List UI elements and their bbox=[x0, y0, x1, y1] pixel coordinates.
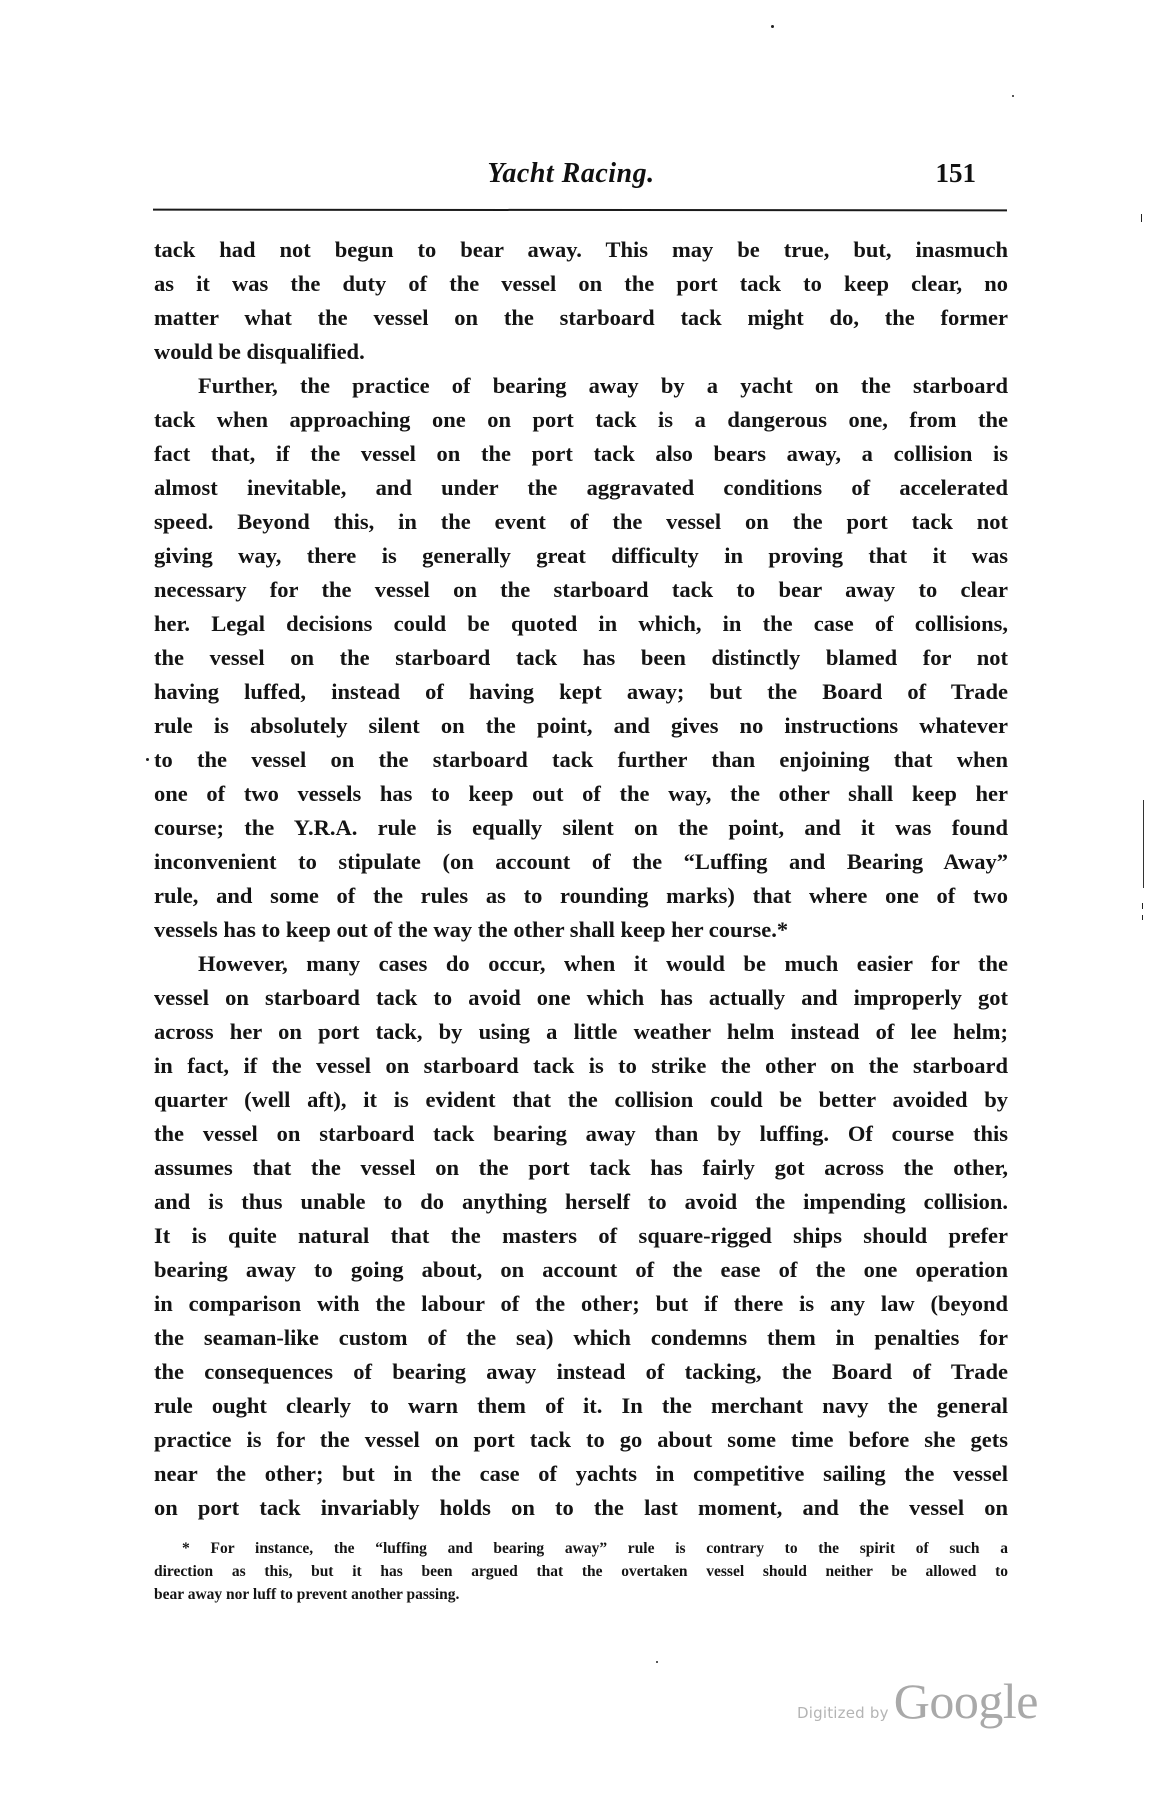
book-page: Yacht Racing. 151 tack had not begun to … bbox=[0, 0, 1153, 1800]
body-line: the vessel on starboard tack bearing awa… bbox=[154, 1117, 1008, 1151]
body-line: in comparison with the labour of the oth… bbox=[154, 1287, 1008, 1321]
body-line: the seaman-like custom of the sea) which… bbox=[154, 1321, 1008, 1355]
body-line: inconvenient to stipulate (on account of… bbox=[154, 845, 1008, 879]
body-line: assumes that the vessel on the port tack… bbox=[154, 1151, 1008, 1185]
body-line: one of two vessels has to keep out of th… bbox=[154, 777, 1008, 811]
body-line: matter what the vessel on the starboard … bbox=[154, 301, 1008, 335]
scan-speck bbox=[1141, 214, 1142, 222]
body-line: as it was the duty of the vessel on the … bbox=[154, 267, 1008, 301]
body-line: in fact, if the vessel on starboard tack… bbox=[154, 1049, 1008, 1083]
scan-speck bbox=[1142, 915, 1143, 920]
body-line: rule is absolutely silent on the point, … bbox=[154, 709, 1008, 743]
body-line: on port tack invariably holds on to the … bbox=[154, 1491, 1008, 1525]
body-line: her. Legal decisions could be quoted in … bbox=[154, 607, 1008, 641]
digitized-by-google-watermark: Digitized by Google bbox=[797, 1672, 1038, 1732]
google-logo-text: Google bbox=[894, 1673, 1038, 1729]
body-line: across her on port tack, by using a litt… bbox=[154, 1015, 1008, 1049]
body-line: and is thus unable to do anything hersel… bbox=[154, 1185, 1008, 1219]
body-line: near the other; but in the case of yacht… bbox=[154, 1457, 1008, 1491]
body-line: the consequences of bearing away instead… bbox=[154, 1355, 1008, 1389]
scan-speck bbox=[1012, 95, 1014, 97]
body-line: speed. Beyond this, in the event of the … bbox=[154, 505, 1008, 539]
body-line: course; the Y.R.A. rule is equally silen… bbox=[154, 811, 1008, 845]
body-line: giving way, there is generally great dif… bbox=[154, 539, 1008, 573]
body-line: fact that, if the vessel on the port tac… bbox=[154, 437, 1008, 471]
body-line: practice is for the vessel on port tack … bbox=[154, 1423, 1008, 1457]
footnote-line: bear away nor luff to prevent another pa… bbox=[154, 1583, 1008, 1606]
body-line: bearing away to going about, on account … bbox=[154, 1253, 1008, 1287]
running-head: Yacht Racing. 151 bbox=[154, 158, 1008, 198]
running-title: Yacht Racing. bbox=[144, 158, 998, 190]
body-line: It is quite natural that the masters of … bbox=[154, 1219, 1008, 1253]
page-number: 151 bbox=[936, 158, 977, 189]
scan-edge-mark bbox=[1143, 800, 1144, 888]
scan-speck bbox=[656, 1661, 658, 1663]
body-line: quarter (well aft), it is evident that t… bbox=[154, 1083, 1008, 1117]
watermark-prefix: Digitized by bbox=[797, 1704, 889, 1722]
footnote-line: direction as this, but it has been argue… bbox=[154, 1560, 1008, 1583]
footnote-line: * For instance, the “luffing and bearing… bbox=[154, 1537, 1008, 1560]
body-line: tack had not begun to bear away. This ma… bbox=[154, 233, 1008, 267]
scan-speck bbox=[146, 758, 149, 761]
body-line: having luffed, instead of having kept aw… bbox=[154, 675, 1008, 709]
body-line: would be disqualified. bbox=[154, 335, 1008, 369]
body-line: rule, and some of the rules as to roundi… bbox=[154, 879, 1008, 913]
body-line: necessary for the vessel on the starboar… bbox=[154, 573, 1008, 607]
scan-speck bbox=[771, 25, 774, 28]
body-text: tack had not begun to bear away. This ma… bbox=[154, 233, 1008, 1525]
footnote: * For instance, the “luffing and bearing… bbox=[154, 1537, 1008, 1606]
body-line: rule ought clearly to warn them of it. I… bbox=[154, 1389, 1008, 1423]
scan-speck bbox=[1142, 903, 1143, 909]
body-line: to the vessel on the starboard tack furt… bbox=[154, 743, 1008, 777]
body-line: the vessel on the starboard tack has bee… bbox=[154, 641, 1008, 675]
body-line: However, many cases do occur, when it wo… bbox=[154, 947, 1008, 981]
header-rule bbox=[153, 209, 1007, 212]
body-line: tack when approaching one on port tack i… bbox=[154, 403, 1008, 437]
body-line: Further, the practice of bearing away by… bbox=[154, 369, 1008, 403]
body-line: vessels has to keep out of the way the o… bbox=[154, 913, 1008, 947]
body-line: almost inevitable, and under the aggrava… bbox=[154, 471, 1008, 505]
body-line: vessel on starboard tack to avoid one wh… bbox=[154, 981, 1008, 1015]
